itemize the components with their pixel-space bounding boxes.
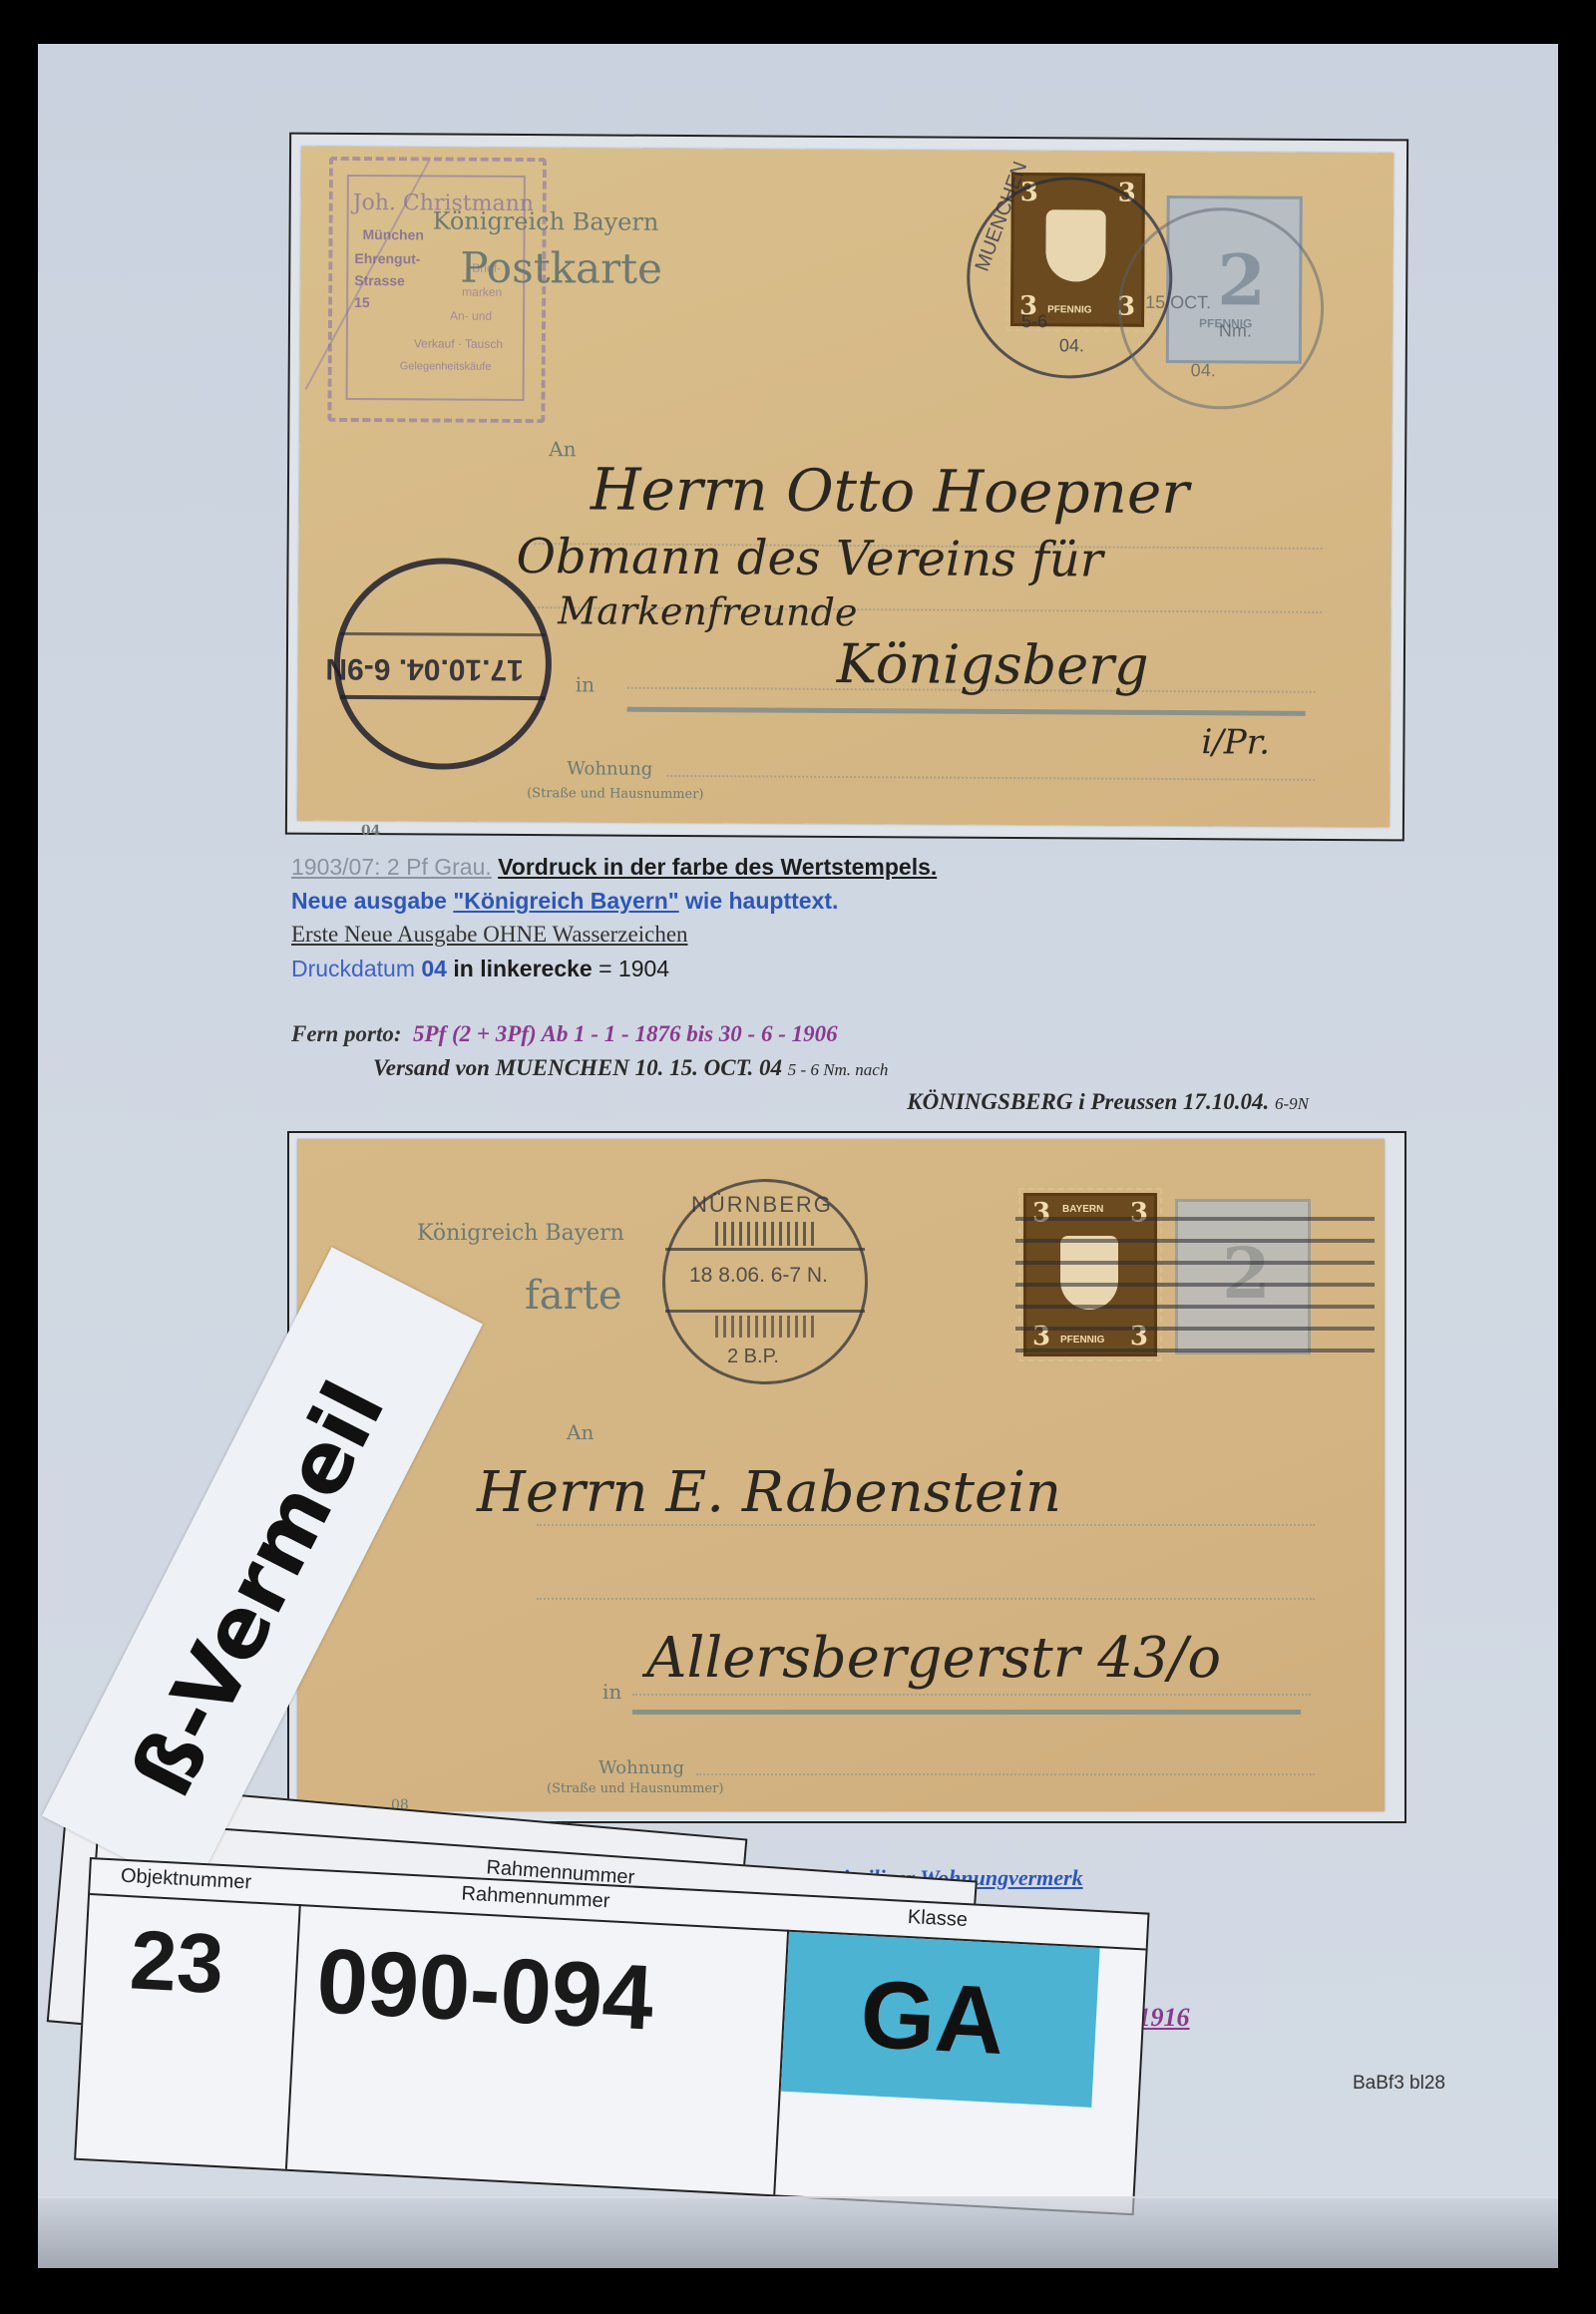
card2-address-line-2: Allersbergerstr 43/o — [646, 1626, 1221, 1691]
klasse-header: Klasse — [907, 1906, 968, 1932]
nuernberg-postmark: NÜRNBERG 18 8.06. 6-7 N. 2 B.P. — [662, 1179, 868, 1384]
sender-city: München — [362, 226, 424, 242]
print-date: 04 — [361, 823, 381, 839]
rahmen-header: Rahmennummer — [461, 1883, 610, 1914]
album-sheet: Joh. Christmann München Ehrengut- Strass… — [38, 44, 1558, 2268]
sender-line-e: Gelegenheitskäufe — [400, 360, 492, 373]
machine-cancel-waves — [1015, 1199, 1375, 1368]
card-title: Postkarte — [460, 243, 662, 293]
objekt-value: 23 — [128, 1911, 225, 2013]
klasse-value: GA — [858, 1960, 1007, 2077]
card2-title: farte — [525, 1273, 622, 1319]
desc1-line2: Neue ausgabe "Königreich Bayern" wie hau… — [291, 888, 838, 915]
objekt-header: Objektnummer — [120, 1865, 251, 1895]
card2-header: Königreich Bayern — [417, 1221, 624, 1246]
rahmen-value: 090-094 — [314, 1929, 656, 2052]
an-label: An — [549, 437, 576, 461]
sender-street-1: Ehrengut- — [354, 250, 420, 266]
sender-line-d: Verkauf · Tausch — [414, 336, 503, 351]
wohnung-label: Wohnung — [567, 758, 652, 780]
address-line-4: Königsberg — [837, 632, 1149, 697]
arrival-line: KÖNINGSBERG i Preussen 17.10.04. 6-9N — [907, 1089, 1309, 1115]
postcard-1: Joh. Christmann München Ehrengut- Strass… — [297, 147, 1394, 828]
postcard-2: Königreich Bayern farte NÜRNBERG 18 8.06… — [297, 1139, 1385, 1811]
wohnung-sublabel: (Straße und Hausnummer) — [527, 786, 703, 802]
klasse-box: GA — [781, 1932, 1100, 2108]
sender-line-c: An- und — [450, 309, 492, 323]
desc1-line3: Erste Neue Ausgabe OHNE Wasserzeichen — [291, 922, 688, 948]
sender-number: 15 — [354, 294, 370, 310]
desc1-line4: Druckdatum 04 in linkerecke = 1904 — [291, 956, 669, 982]
card2-address-line-1: Herrn E. Rabenstein — [477, 1460, 1061, 1525]
porto-line: Fern porto: 5Pf (2 + 3Pf) Ab 1 - 1 - 187… — [291, 1021, 838, 1047]
card2-wohnung-sublabel: (Straße und Hausnummer) — [547, 1781, 723, 1796]
address-line-5: i/Pr. — [1201, 722, 1270, 762]
sleeve-edge — [38, 2196, 1558, 2268]
card-header: Königreich Bayern — [433, 206, 659, 235]
card2-wohnung-label: Wohnung — [598, 1757, 684, 1778]
card2-in-label: in — [602, 1680, 621, 1704]
koenigsberg-postmark: 17.10.04. 6-9N — [333, 558, 552, 770]
exhibit-label: Objektnummer 23 Rahmennummer 090-094 Kla… — [74, 1857, 1149, 2215]
address-line-3: Markenfreunde — [558, 588, 857, 634]
sender-street-2: Strasse — [354, 272, 405, 288]
versand-line: Versand von MUENCHEN 10. 15. OCT. 04 5 -… — [373, 1055, 888, 1081]
muenchen-postmark-2: 15 OCT. Nm. 04. — [1117, 207, 1324, 410]
page-reference: BaBf3 bl28 — [1353, 2073, 1445, 2095]
desc1-line1: 1903/07: 2 Pf Grau. Vordruck in der farb… — [291, 854, 937, 881]
address-line-1: Herrn Otto Hoepner — [591, 455, 1189, 527]
in-label: in — [576, 672, 595, 696]
card2-an-label: An — [567, 1420, 594, 1444]
address-line-2: Obmann des Vereins für — [516, 529, 1102, 588]
